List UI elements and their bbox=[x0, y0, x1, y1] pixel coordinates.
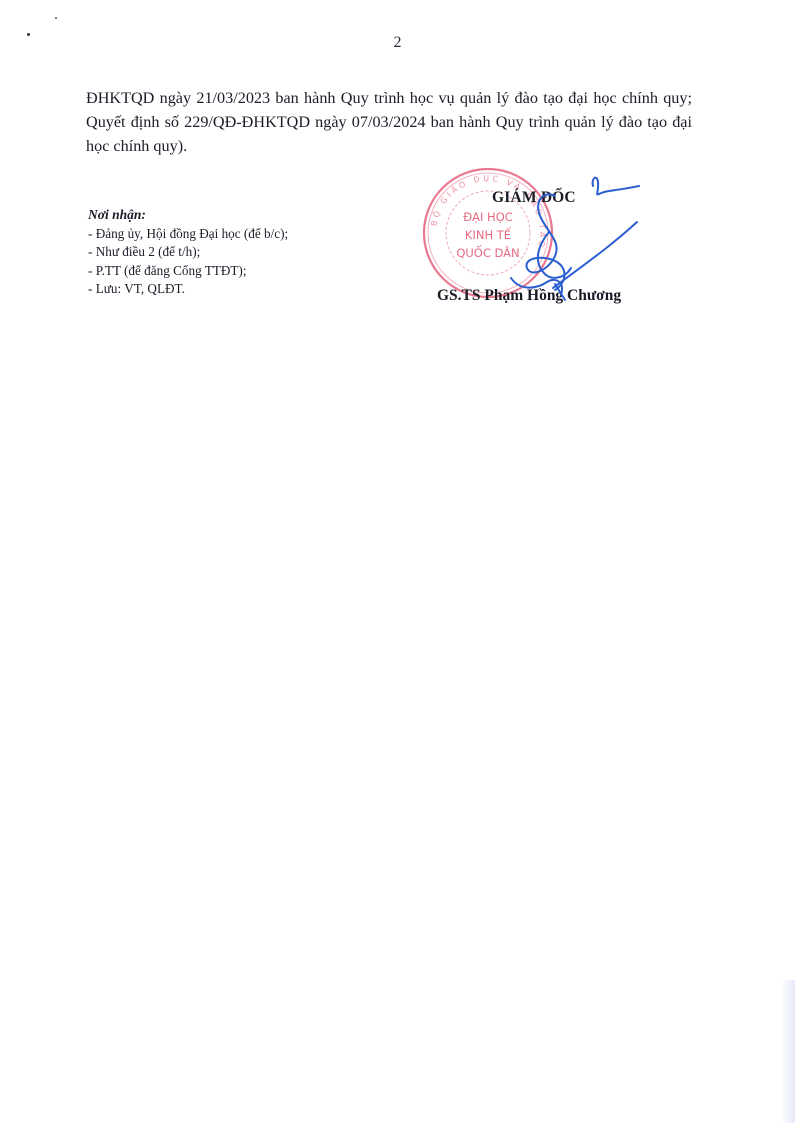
scan-edge-artifact bbox=[781, 980, 795, 1123]
signer-title: GIÁM ĐỐC bbox=[492, 189, 576, 207]
recipients-list: Đảng ủy, Hội đồng Đại học (để b/c); Như … bbox=[88, 225, 288, 299]
signer-name: GS.TS Phạm Hồng Chương bbox=[437, 287, 621, 305]
recipient-item: P.TT (để đăng Cổng TTĐT); bbox=[88, 262, 288, 281]
recipient-item: Lưu: VT, QLĐT. bbox=[88, 280, 288, 299]
body-paragraph: ĐHKTQD ngày 21/03/2023 ban hành Quy trìn… bbox=[86, 86, 692, 158]
scan-speck bbox=[55, 17, 57, 19]
recipients-block: Nơi nhận: Đảng ủy, Hội đồng Đại học (để … bbox=[88, 206, 288, 299]
recipient-item: Đảng ủy, Hội đồng Đại học (để b/c); bbox=[88, 225, 288, 244]
recipients-title: Nơi nhận: bbox=[88, 206, 288, 225]
official-seal-icon: BỘ GIÁO DỤC VÀ ĐÀO TẠO ĐẠI HỌC KINH TẾ Q… bbox=[421, 166, 555, 300]
seal-line-2: KINH TẾ bbox=[465, 226, 512, 242]
seal-line-3: QUỐC DÂN bbox=[456, 244, 519, 260]
recipient-item: Như điều 2 (để t/h); bbox=[88, 243, 288, 262]
signature-block: BỘ GIÁO DỤC VÀ ĐÀO TẠO ĐẠI HỌC KINH TẾ Q… bbox=[415, 160, 675, 320]
page-number: 2 bbox=[0, 34, 795, 52]
seal-line-1: ĐẠI HỌC bbox=[463, 210, 513, 224]
